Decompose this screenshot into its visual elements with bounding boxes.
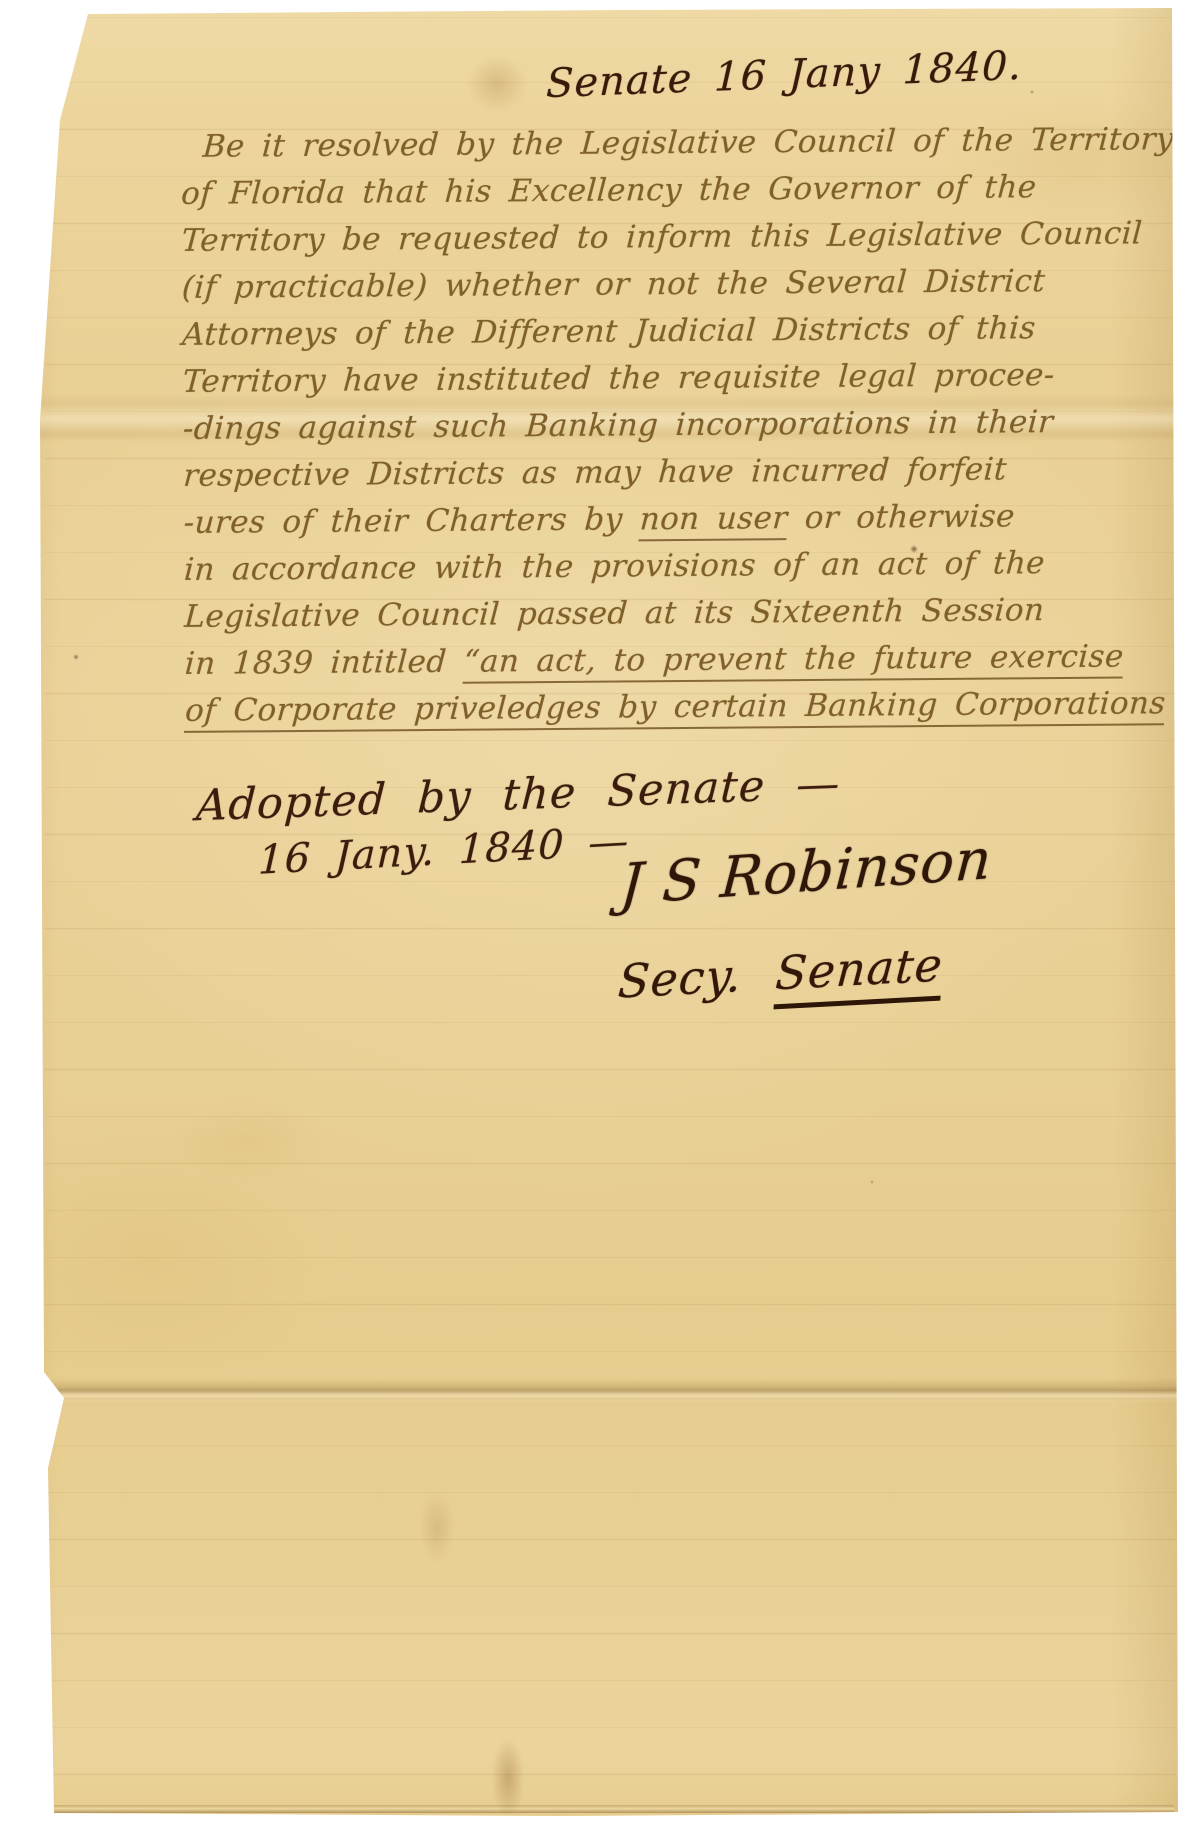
handwritten-line: Territory be requested to inform this Le… [180,210,1176,265]
resolution-body: Be it resolved by the Legislative Counci… [181,116,1179,735]
handwritten-line: of Florida that his Excellency the Gover… [180,163,1176,218]
manuscript-paper: Senate 16 Jany 1840. Be it resolved by t… [0,0,1200,1830]
signer-title-word: Senate [773,937,945,1009]
scan-background: Senate 16 Jany 1840. Be it resolved by t… [0,0,1200,1830]
handwritten-line: -dings against such Banking incorporatio… [182,398,1178,453]
handwritten-line: -ures of their Charters by non user or o… [182,492,1178,547]
handwritten-line: Attorneys of the Different Judicial Dist… [181,304,1177,359]
handwritten-line: Legislative Council passed at its Sixtee… [183,586,1179,641]
signer-title-prefix: Secy. [616,946,777,1009]
handwritten-line: Be it resolved by the Legislative Counci… [179,116,1175,171]
handwritten-line: in 1839 intitled “an act, to prevent the… [183,633,1179,688]
handwritten-line: Territory have instituted the requisite … [181,351,1177,406]
handwritten-line: in accordance with the provisions of an … [183,539,1179,594]
handwritten-line: of Corporate priveledges by certain Bank… [184,680,1180,735]
handwritten-line: respective Districts as may have incurre… [182,445,1178,500]
handwritten-line: (if practicable) whether or not the Seve… [180,257,1176,312]
